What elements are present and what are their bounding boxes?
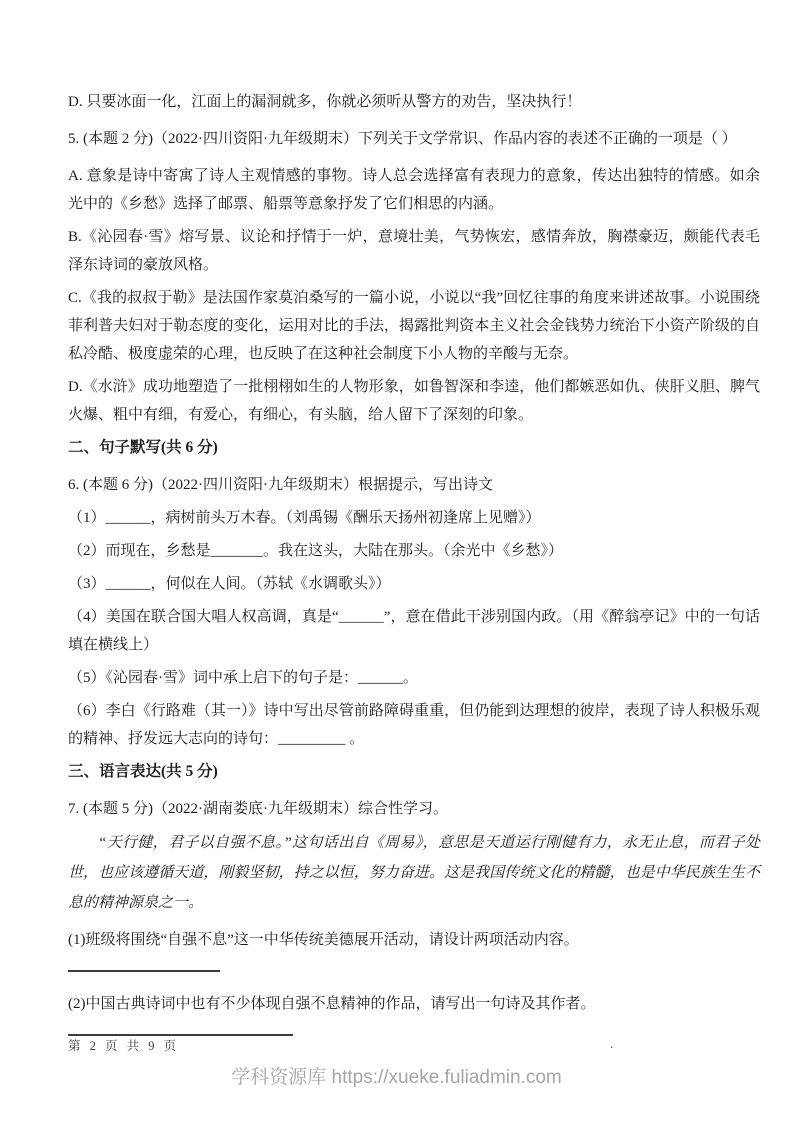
q7-passage: “天行健，君子以自强不息。”这句话出自《周易》，意思是天道运行刚健有力，永无止息…	[68, 828, 760, 918]
q7-sub2: (2)中国古典诗词中也有不少体现自强不息精神的作品，请写出一句诗及其作者。	[68, 990, 760, 1018]
section-2-heading: 二、句子默写(共 6 分)	[68, 434, 760, 462]
answer-blank-line-1	[68, 970, 220, 972]
q5-option-d: D.《水浒》成功地塑造了一批栩栩如生的人物形象，如鲁智深和李逵，他们都嫉恶如仇、…	[68, 373, 760, 429]
exam-page: D. 只要冰面一化，江面上的漏洞就多，你就必须听从警方的劝告，坚决执行！ 5. …	[0, 0, 793, 1122]
q5-stem: 5. (本题 2 分)（2022·四川资阳·九年级期末）下列关于文学常识、作品内…	[68, 125, 760, 153]
q5-option-c: C.《我的叔叔于勒》是法国作家莫泊桑写的一篇小说，小说以“我”回忆往事的角度来讲…	[68, 284, 760, 368]
q6-item-5: （5）《沁园春·雪》词中承上启下的句子是：______。	[68, 664, 760, 692]
q4-option-d: D. 只要冰面一化，江面上的漏洞就多，你就必须听从警方的劝告，坚决执行！	[68, 88, 760, 116]
section-3-heading: 三、语言表达(共 5 分)	[68, 758, 760, 786]
q6-item-6: （6）李白《行路难（其一）》诗中写出尽管前路障碍重重，但仍能到达理想的彼岸，表现…	[68, 697, 760, 753]
q5-option-b: B.《沁园春·雪》熔写景、议论和抒情于一炉，意境壮美，气势恢宏，感情奔放，胸襟豪…	[68, 223, 760, 279]
q7-stem: 7. (本题 5 分)（2022·湖南娄底·九年级期末）综合性学习。	[68, 795, 760, 823]
watermark-text: 学科资源库 https://xueke.fuliadmin.com	[0, 1062, 793, 1089]
page-content: D. 只要冰面一化，江面上的漏洞就多，你就必须听从警方的劝告，坚决执行！ 5. …	[68, 88, 760, 1036]
q6-item-2: （2）而现在，乡愁是_______。我在这头，大陆在那头。（余光中《乡愁》）	[68, 537, 760, 565]
page-number: 第 2 页 共 9 页	[68, 1036, 179, 1054]
q6-item-4: （4）美国在联合国大唱人权高调，真是“______”，意在借此干涉别国内政。（用…	[68, 603, 760, 659]
q7-sub1: (1)班级将围绕“自强不息”这一中华传统美德展开活动，请设计两项活动内容。	[68, 926, 760, 954]
q6-item-3: （3）______，何似在人间。（苏轼《水调歌头》）	[68, 570, 760, 598]
q6-stem: 6. (本题 6 分)（2022·四川资阳·九年级期末）根据提示，写出诗文	[68, 471, 760, 499]
q6-item-1: （1）______，病树前头万木春。（刘禹锡《酬乐天扬州初逢席上见赠》）	[68, 504, 760, 532]
stray-dot: .	[610, 1036, 613, 1052]
q5-option-a: A. 意象是诗中寄寓了诗人主观情感的事物。诗人总会选择富有表现力的意象，传达出独…	[68, 162, 760, 218]
